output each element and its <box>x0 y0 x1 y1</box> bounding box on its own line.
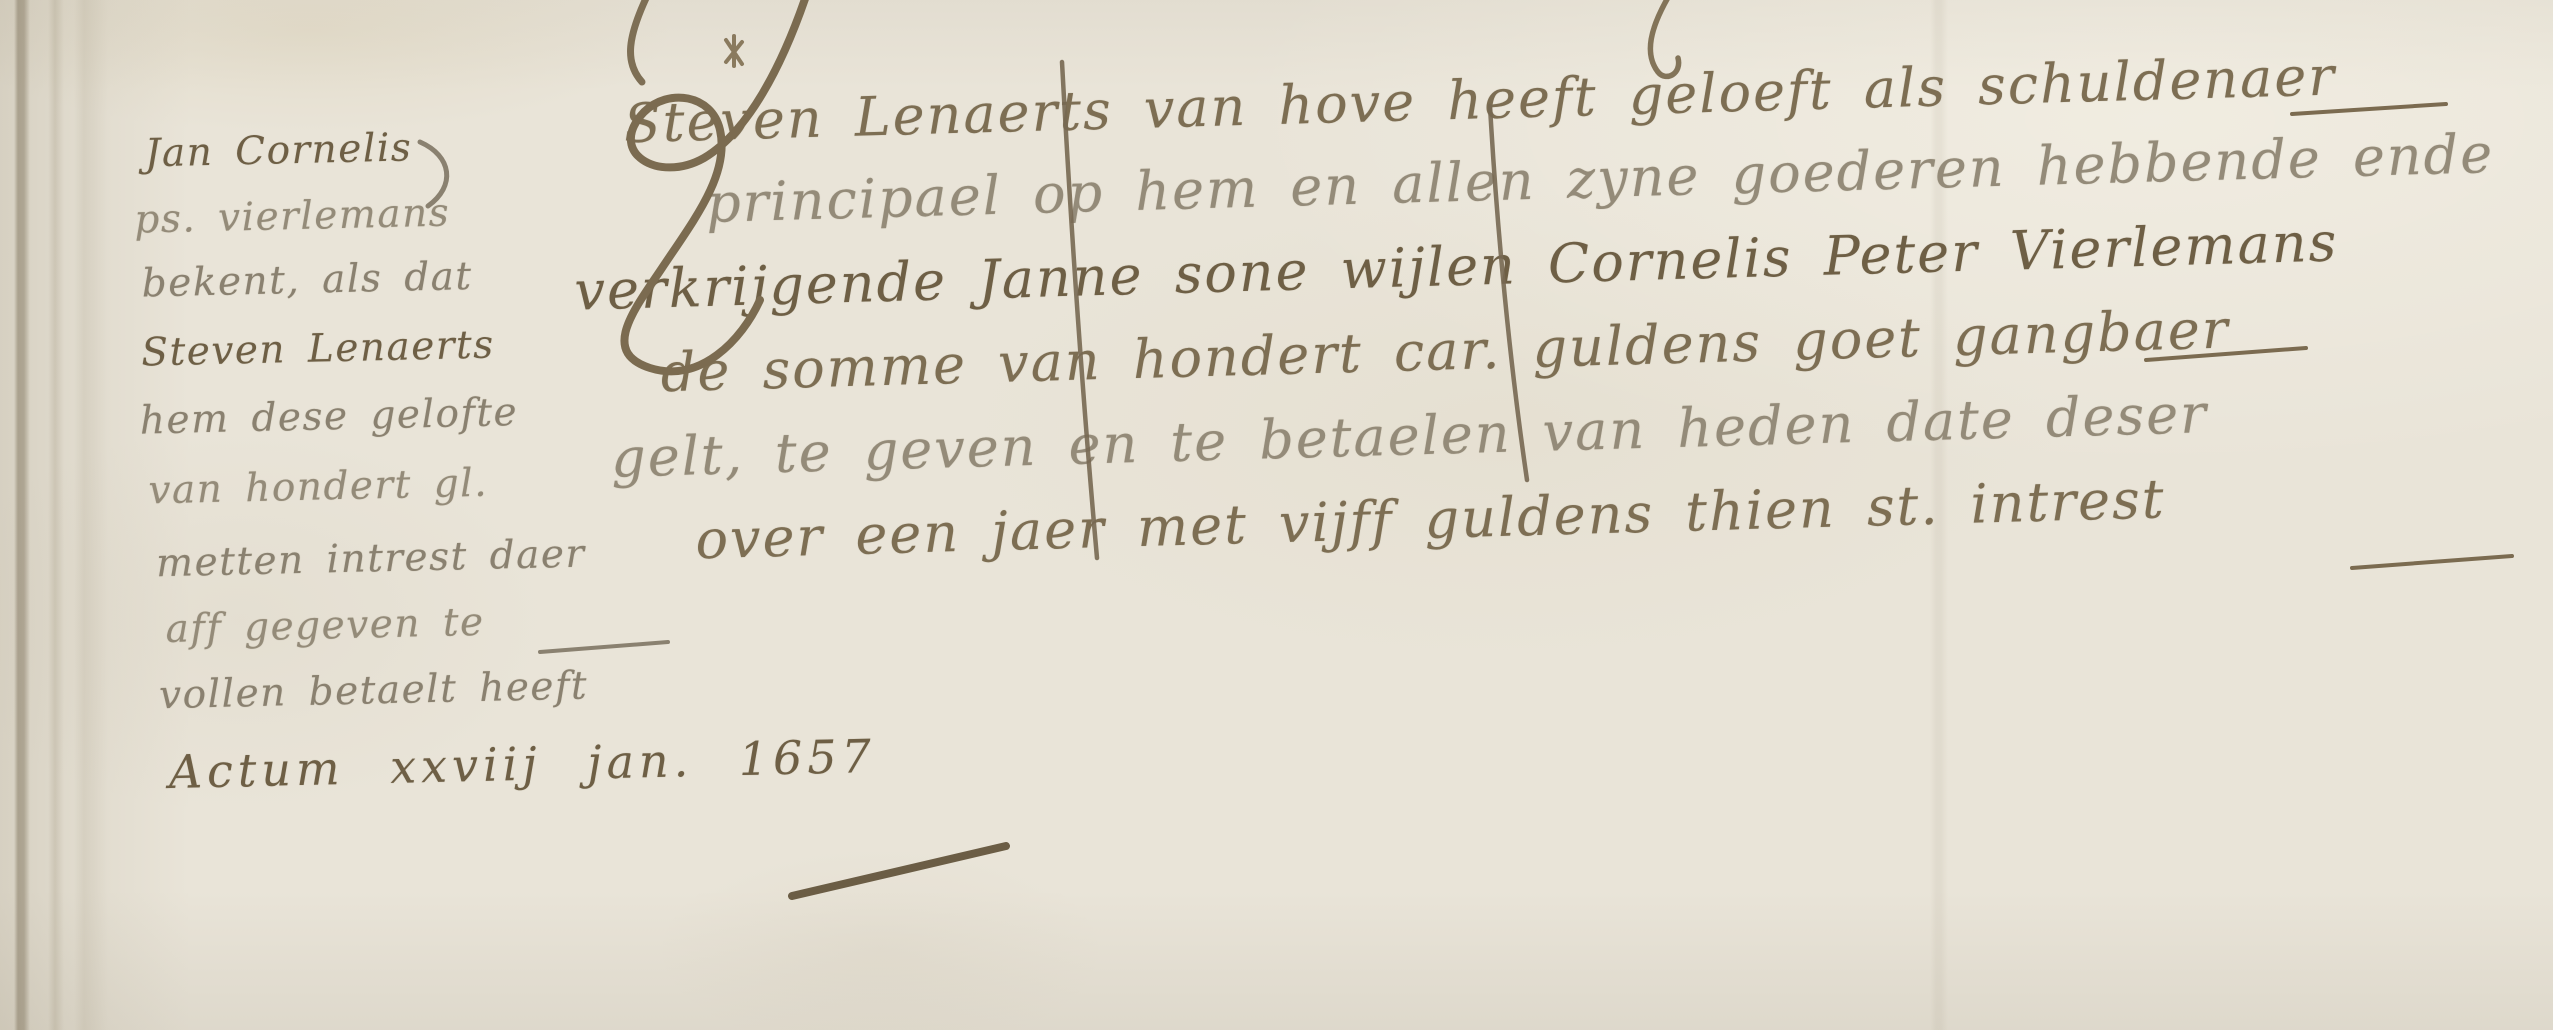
margin-line: metten intrest daer <box>156 532 586 587</box>
body-line: over een jaer met vijff guldens thien st… <box>695 467 2167 571</box>
margin-line: van hondert gl. <box>148 461 489 514</box>
filler-dash <box>540 642 668 652</box>
date-line: Actum xxviij jan. 1657 <box>168 729 876 799</box>
margin-line: ps. vierlemans <box>134 190 451 242</box>
margin-line: Steven Lenaerts <box>141 323 495 376</box>
margin-line: bekent, als dat <box>141 254 473 306</box>
margin-line: Jan Cornelis <box>144 125 412 176</box>
ink-blot <box>726 36 742 66</box>
manuscript-scan: Steven Lenaerts van hove heeft geloeft a… <box>0 0 2553 1030</box>
margin-line: vollen betaelt heeft <box>159 663 589 718</box>
margin-line: hem dese gelofte <box>139 390 518 444</box>
margin-line: aff gegeven te <box>165 600 485 652</box>
cut-descender-hook <box>631 0 648 82</box>
filler-dash <box>2352 556 2512 568</box>
date-underline <box>792 846 1006 896</box>
